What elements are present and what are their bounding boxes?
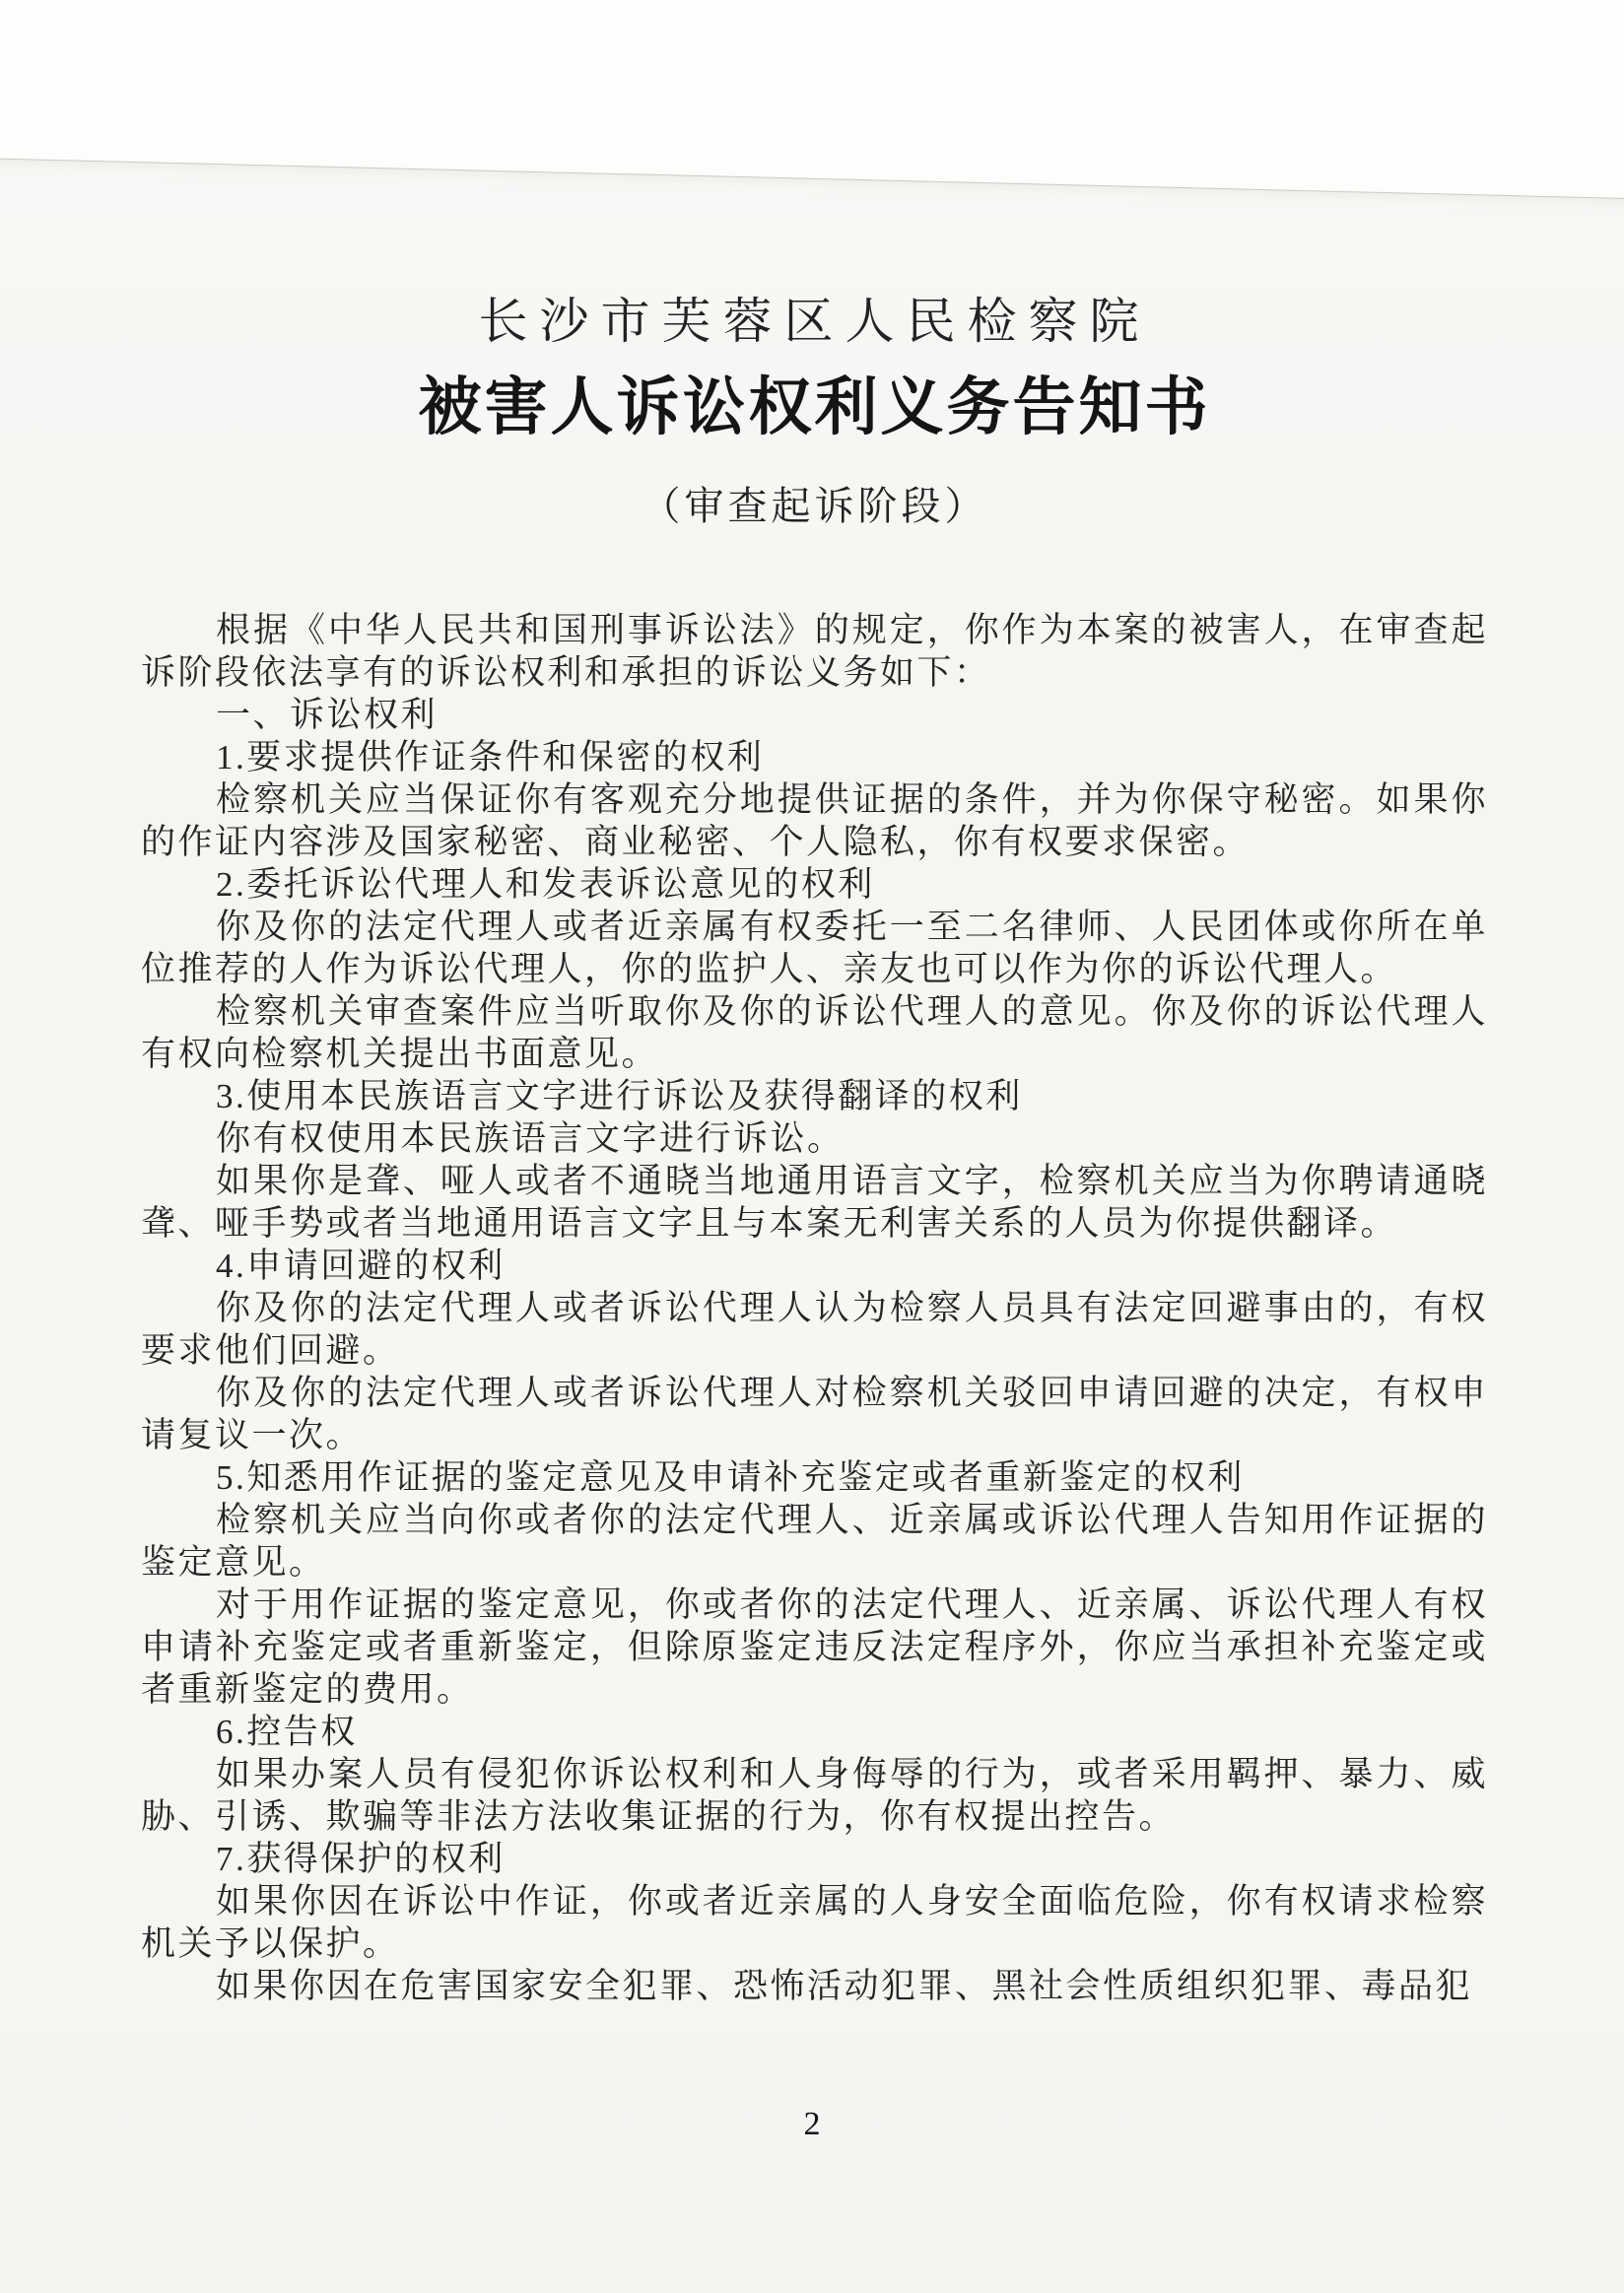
item-heading: 4.申请回避的权利 <box>141 1245 1488 1287</box>
item-heading: 1.要求提供作证条件和保密的权利 <box>141 736 1488 778</box>
section-heading: 一、诉讼权利 <box>141 694 1488 736</box>
paragraph: 你有权使用本民族语言文字进行诉讼。 <box>141 1117 1488 1160</box>
document-page: 长沙市芙蓉区人民检察院 被害人诉讼权利义务告知书 （审查起诉阶段） 根据《中华人… <box>0 0 1624 2293</box>
paragraph: 你及你的法定代理人或者诉讼代理人认为检察人员具有法定回避事由的，有权要求他们回避… <box>141 1287 1488 1372</box>
paragraph: 你及你的法定代理人或者诉讼代理人对检察机关驳回申请回避的决定，有权申请复议一次。 <box>141 1372 1488 1456</box>
page-number: 2 <box>0 2106 1624 2143</box>
paragraph: 检察机关应当向你或者你的法定代理人、近亲属或诉讼代理人告知用作证据的鉴定意见。 <box>141 1499 1488 1584</box>
item-heading: 3.使用本民族语言文字进行诉讼及获得翻译的权利 <box>141 1075 1488 1117</box>
paragraph: 如果办案人员有侵犯你诉讼权利和人身侮辱的行为，或者采用羁押、暴力、威胁、引诱、欺… <box>141 1753 1488 1838</box>
item-heading: 6.控告权 <box>141 1711 1488 1753</box>
paragraph: 检察机关审查案件应当听取你及你的诉讼代理人的意见。你及你的诉讼代理人有权向检察机… <box>141 990 1488 1075</box>
scanned-document: { "document": { "org_title": "长沙市芙蓉区人民检察… <box>0 0 1624 2293</box>
stage-subtitle: （审查起诉阶段） <box>141 483 1488 530</box>
document-title: 被害人诉讼权利义务告知书 <box>141 372 1488 443</box>
paragraph: 如果你是聋、哑人或者不通晓当地通用语言文字，检察机关应当为你聘请通晓聋、哑手势或… <box>141 1160 1488 1245</box>
paragraph: 你及你的法定代理人或者近亲属有权委托一至二名律师、人民团体或你所在单位推荐的人作… <box>141 906 1488 990</box>
organization-title: 长沙市芙蓉区人民检察院 <box>141 292 1488 351</box>
paragraph: 如果你因在诉讼中作证，你或者近亲属的人身安全面临危险，你有权请求检察机关予以保护… <box>141 1880 1488 1965</box>
paragraph: 对于用作证据的鉴定意见，你或者你的法定代理人、近亲属、诉讼代理人有权申请补充鉴定… <box>141 1584 1488 1711</box>
paragraph: 如果你因在危害国家安全犯罪、恐怖活动犯罪、黑社会性质组织犯罪、毒品犯 <box>141 1965 1488 2007</box>
paragraph: 检察机关应当保证你有客观充分地提供证据的条件，并为你保守秘密。如果你的作证内容涉… <box>141 778 1488 863</box>
item-heading: 5.知悉用作证据的鉴定意见及申请补充鉴定或者重新鉴定的权利 <box>141 1456 1488 1499</box>
paragraph: 根据《中华人民共和国刑事诉讼法》的规定，你作为本案的被害人，在审查起诉阶段依法享… <box>141 609 1488 694</box>
document-body: 根据《中华人民共和国刑事诉讼法》的规定，你作为本案的被害人，在审查起诉阶段依法享… <box>141 609 1488 2007</box>
item-heading: 7.获得保护的权利 <box>141 1838 1488 1880</box>
item-heading: 2.委托诉讼代理人和发表诉讼意见的权利 <box>141 863 1488 906</box>
